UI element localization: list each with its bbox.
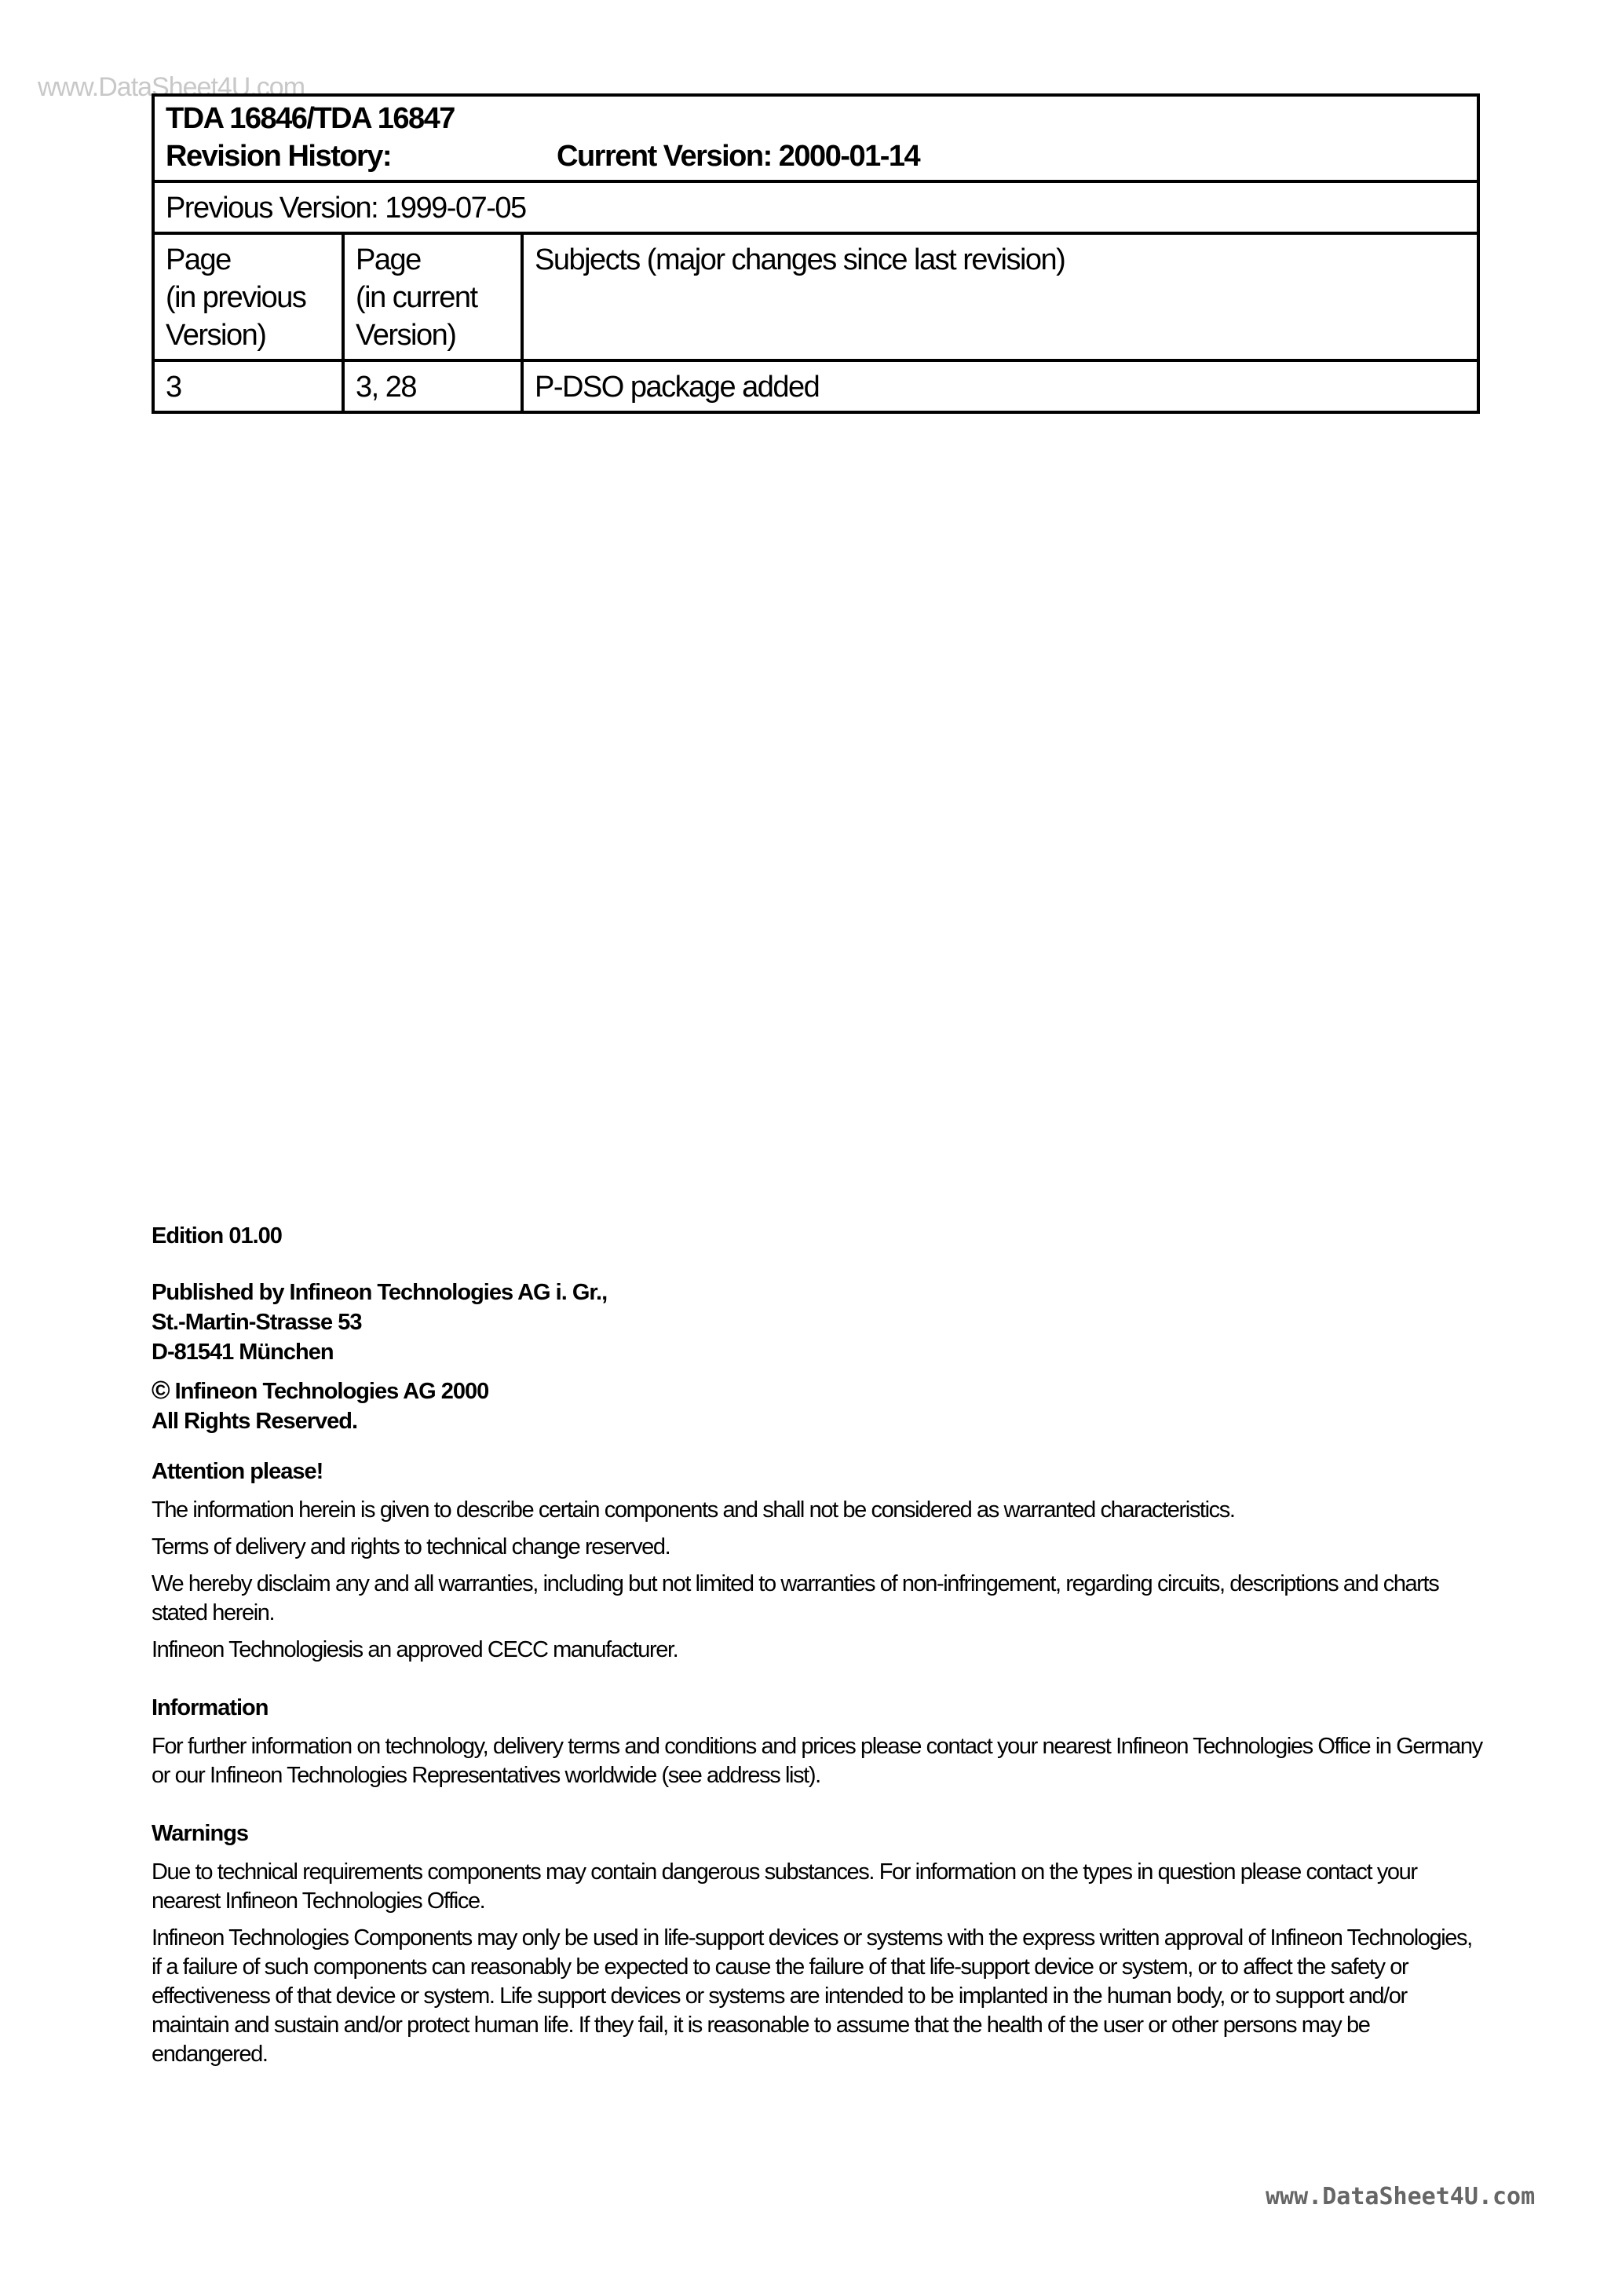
revision-line: Revision History: Current Version: 2000-… (166, 137, 1466, 175)
section-information: Information For further information on t… (152, 1693, 1486, 1790)
header-line: Subjects (major changes since last revis… (535, 241, 1466, 279)
paragraph: Due to technical requirements components… (152, 1858, 1486, 1916)
table-row: 3 3, 28 P-DSO package added (153, 360, 1478, 412)
header-line: Version) (356, 316, 510, 354)
paragraph: The information herein is given to descr… (152, 1496, 1486, 1525)
rights-reserved: All Rights Reserved. (152, 1406, 1486, 1436)
previous-version-row: Previous Version: 1999-07-05 (153, 181, 1478, 233)
copyright-icon: © (152, 1376, 170, 1404)
paragraph: For further information on technology, d… (152, 1732, 1486, 1790)
paragraph: Infineon Technologies Components may onl… (152, 1924, 1486, 2069)
product-name: TDA 16846/TDA 16847 (166, 100, 1466, 137)
publisher-line: Published by Infineon Technologies AG i.… (152, 1278, 1486, 1307)
section-heading: Attention please! (152, 1457, 1486, 1486)
section-attention: Attention please! The information herein… (152, 1457, 1486, 1665)
header-line: Page (356, 241, 510, 279)
column-header-curr-page: Page (in current Version) (343, 233, 522, 360)
revision-history-label: Revision History: (166, 137, 557, 175)
section-heading: Warnings (152, 1819, 1486, 1848)
revision-history-table: TDA 16846/TDA 16847 Revision History: Cu… (152, 93, 1480, 414)
copyright-text: Infineon Technologies AG 2000 (175, 1379, 489, 1404)
column-header-prev-page: Page (in previous Version) (153, 233, 343, 360)
column-header-row: Page (in previous Version) Page (in curr… (153, 233, 1478, 360)
column-header-subjects: Subjects (major changes since last revis… (522, 233, 1478, 360)
paragraph: Infineon Technologiesis an approved CECC… (152, 1636, 1486, 1665)
table-title-cell: TDA 16846/TDA 16847 Revision History: Cu… (153, 95, 1478, 181)
table-header-row: TDA 16846/TDA 16847 Revision History: Cu… (153, 95, 1478, 181)
current-version: Current Version: 2000-01-14 (557, 137, 919, 175)
imprint-block: Edition 01.00 Published by Infineon Tech… (152, 1221, 1486, 2077)
address-street: St.-Martin-Strasse 53 (152, 1307, 1486, 1337)
header-line: Page (166, 241, 331, 279)
prev-page-cell: 3 (153, 360, 343, 412)
paragraph: We hereby disclaim any and all warrantie… (152, 1570, 1486, 1628)
header-line: Version) (166, 316, 331, 354)
subject-cell: P-DSO package added (522, 360, 1478, 412)
paragraph: Terms of delivery and rights to technica… (152, 1533, 1486, 1562)
edition: Edition 01.00 (152, 1221, 1486, 1251)
section-heading: Information (152, 1693, 1486, 1723)
section-warnings: Warnings Due to technical requirements c… (152, 1819, 1486, 2069)
header-line: (in current (356, 279, 510, 316)
curr-page-cell: 3, 28 (343, 360, 522, 412)
watermark-bottom-link[interactable]: www.DataSheet4U.com (1266, 2183, 1535, 2210)
address-city: D-81541 München (152, 1337, 1486, 1367)
previous-version: Previous Version: 1999-07-05 (153, 181, 1478, 233)
header-line: (in previous (166, 279, 331, 316)
copyright-line: © Infineon Technologies AG 2000 (152, 1375, 1486, 1406)
